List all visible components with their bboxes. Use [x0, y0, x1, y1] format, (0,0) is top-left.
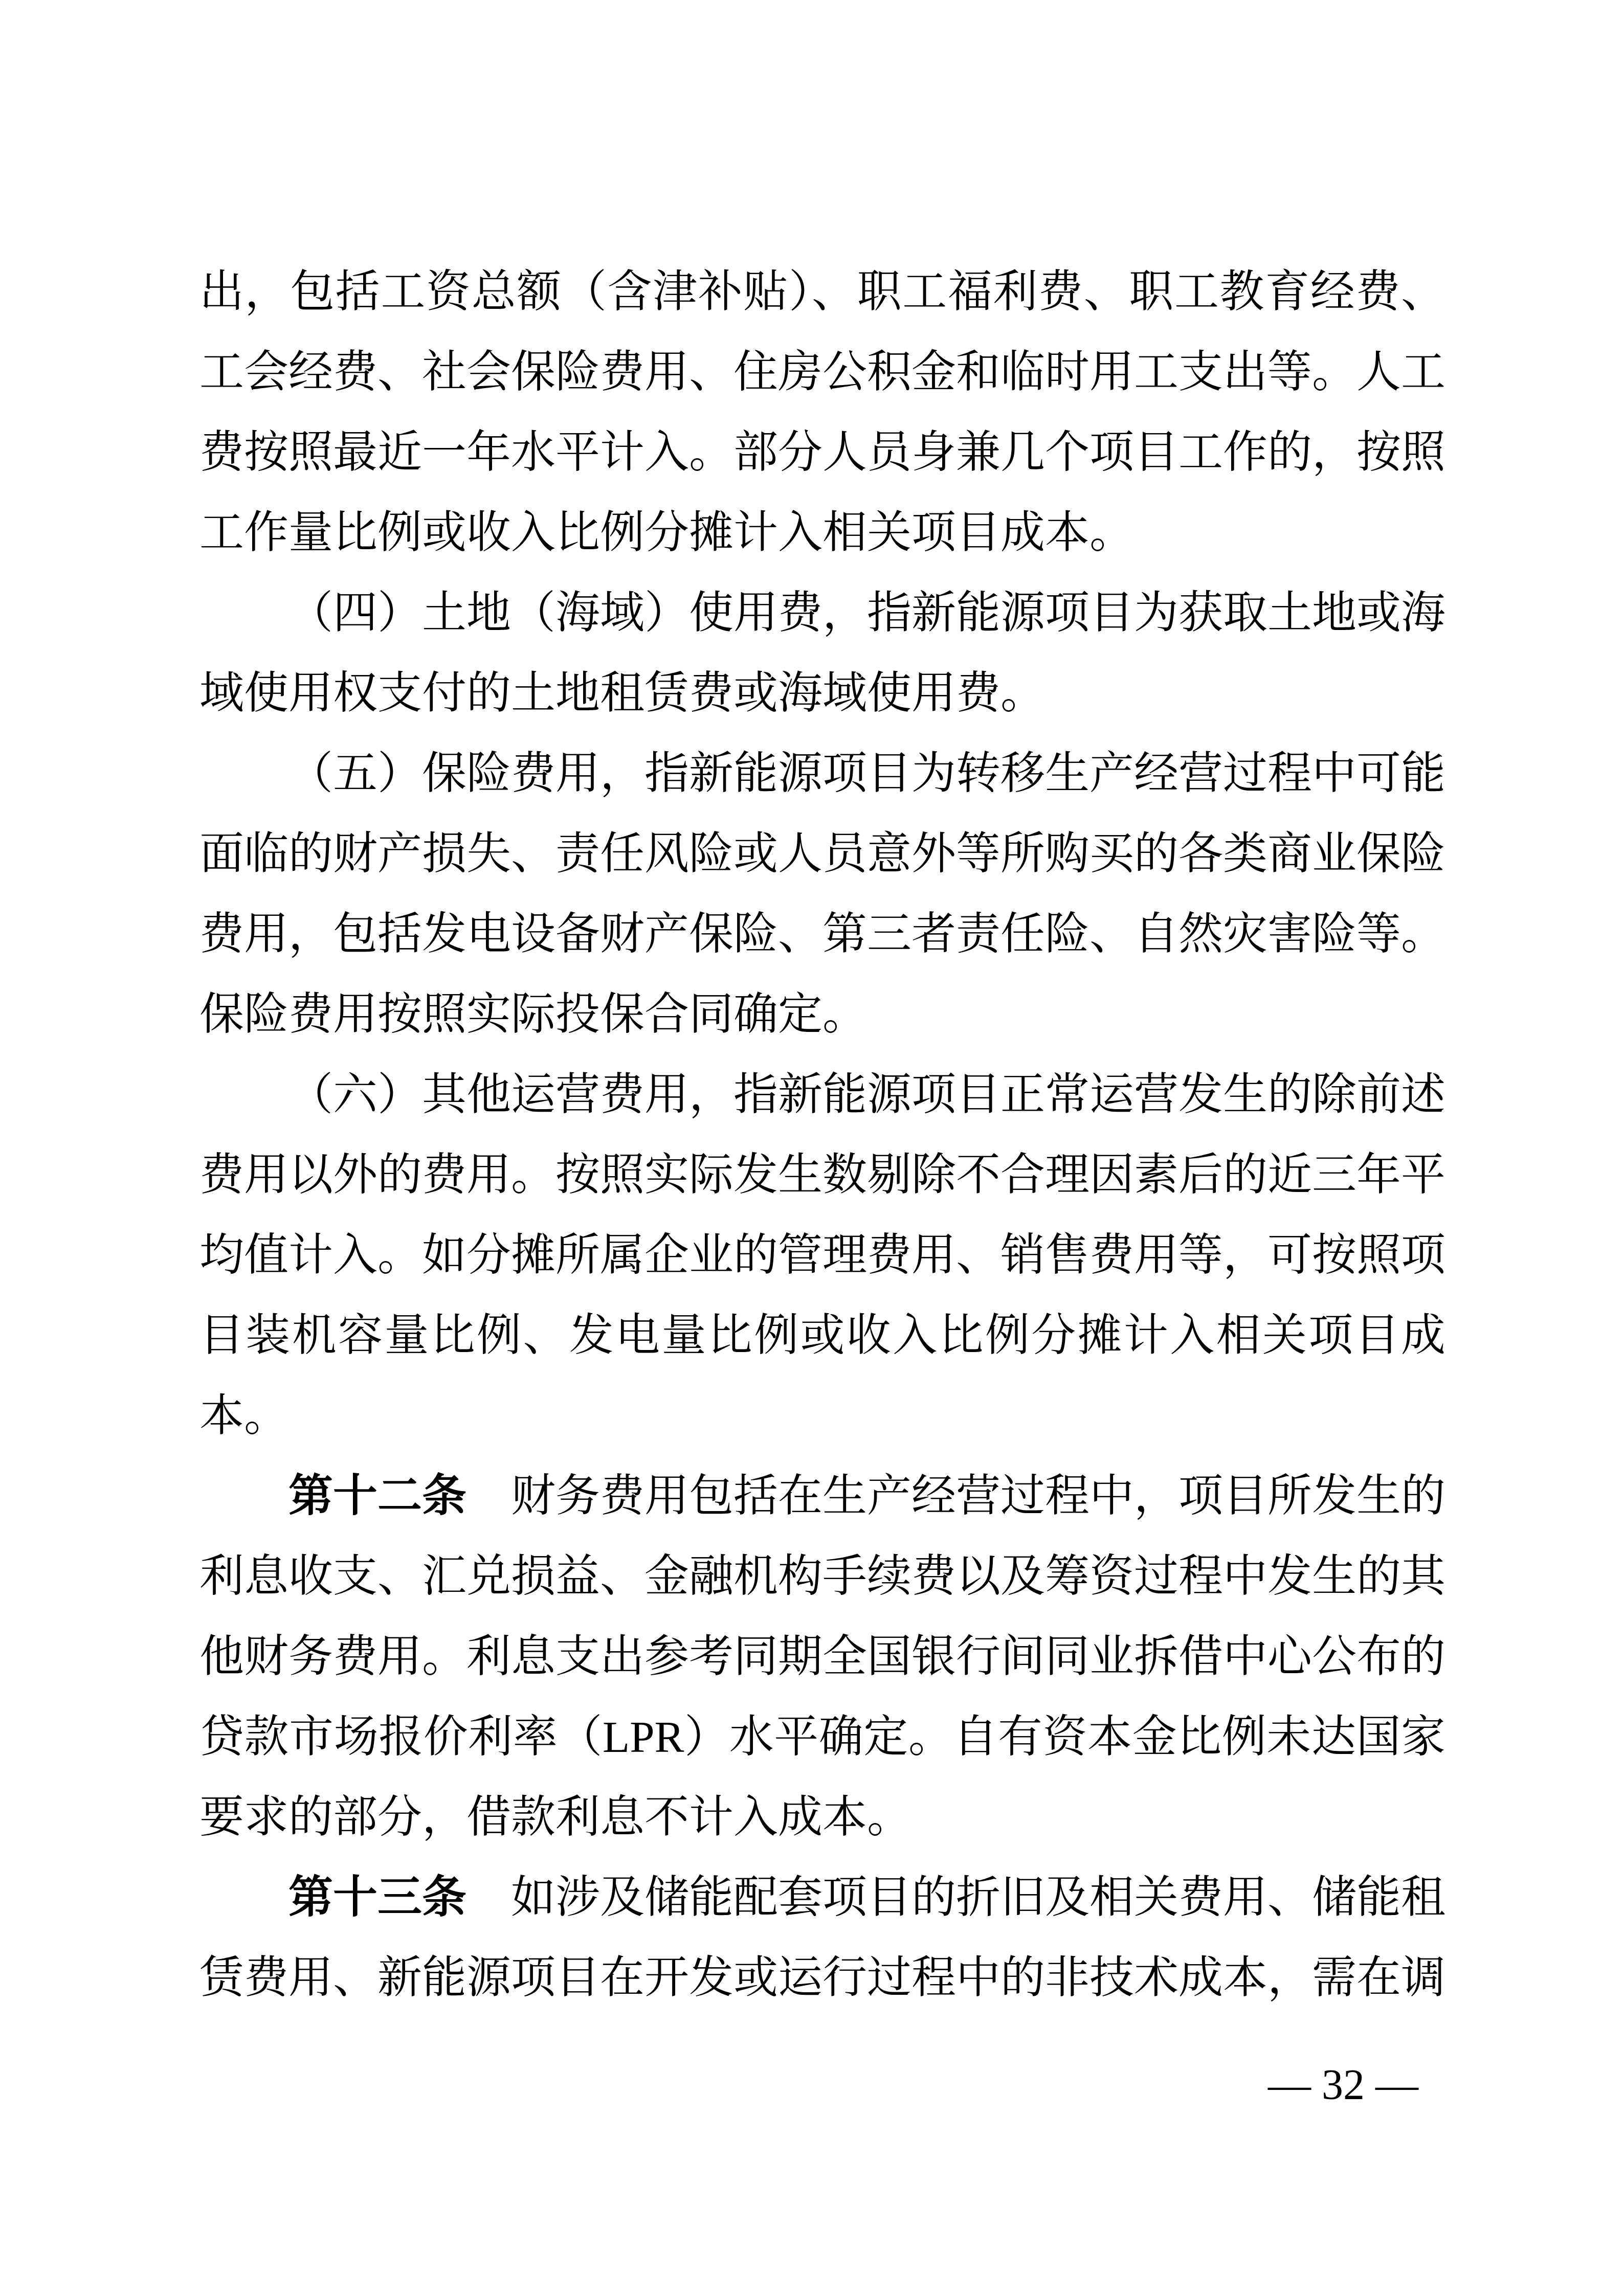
article-heading: 第十二条 — [288, 1471, 466, 1521]
text-line: 本。 — [199, 1376, 1445, 1456]
text-run: 贷款市场报价利率（LPR）水平确定。自有资本金比例未达国家 — [199, 1712, 1445, 1762]
document-page: 出，包括工资总额（含津补贴）、职工福利费、职工教育经费、工会经费、社会保险费用、… — [0, 0, 1624, 2296]
text-run: （六）其他运营费用，指新能源项目正常运营发生的除前述 — [288, 1070, 1445, 1119]
text-run: 利息收支、汇兑损益、金融机构手续费以及筹资过程中发生的其 — [199, 1551, 1445, 1601]
text-run: 财务费用包括在生产经营过程中，项目所发生的 — [466, 1471, 1445, 1521]
text-line: 均值计入。如分摊所属企业的管理费用、销售费用等，可按照项 — [199, 1215, 1445, 1295]
text-line: 面临的财产损失、责任风险或人员意外等所购买的各类商业保险 — [199, 814, 1445, 894]
text-line: 赁费用、新能源项目在开发或运行过程中的非技术成本，需在调 — [199, 1938, 1445, 2018]
text-line: （四）土地（海域）使用费，指新能源项目为获取土地或海 — [199, 573, 1445, 653]
text-line: 利息收支、汇兑损益、金融机构手续费以及筹资过程中发生的其 — [199, 1536, 1445, 1616]
text-line: 费用以外的费用。按照实际发生数剔除不合理因素后的近三年平 — [199, 1135, 1445, 1215]
page-number: — 32 — — [1268, 2060, 1418, 2111]
document-body: 出，包括工资总额（含津补贴）、职工福利费、职工教育经费、工会经费、社会保险费用、… — [199, 252, 1445, 2018]
text-line: 保险费用按照实际投保合同确定。 — [199, 974, 1445, 1054]
text-run: 工会经费、社会保险费用、住房公积金和临时用工支出等。人工 — [199, 347, 1445, 397]
text-run: 本。 — [199, 1391, 288, 1440]
text-line: 要求的部分，借款利息不计入成本。 — [199, 1777, 1445, 1857]
text-line: （六）其他运营费用，指新能源项目正常运营发生的除前述 — [199, 1054, 1445, 1135]
text-line: 第十三条 如涉及储能配套项目的折旧及相关费用、储能租 — [199, 1857, 1445, 1938]
text-run: （五）保险费用，指新能源项目为转移生产经营过程中可能 — [288, 749, 1445, 798]
text-run: 费用以外的费用。按照实际发生数剔除不合理因素后的近三年平 — [199, 1150, 1445, 1200]
article-heading: 第十三条 — [288, 1873, 466, 1922]
paragraph: （四）土地（海域）使用费，指新能源项目为获取土地或海域使用权支付的土地租赁费或海… — [199, 573, 1445, 733]
text-line: 费按照最近一年水平计入。部分人员身兼几个项目工作的，按照 — [199, 412, 1445, 492]
text-line: 费用，包括发电设备财产保险、第三者责任险、自然灾害险等。 — [199, 894, 1445, 974]
text-run: 他财务费用。利息支出参考同期全国银行间同业拆借中心公布的 — [199, 1632, 1445, 1681]
paragraph: 出，包括工资总额（含津补贴）、职工福利费、职工教育经费、工会经费、社会保险费用、… — [199, 252, 1445, 573]
paragraph: 第十三条 如涉及储能配套项目的折旧及相关费用、储能租赁费用、新能源项目在开发或运… — [199, 1857, 1445, 2018]
text-line: 域使用权支付的土地租赁费或海域使用费。 — [199, 653, 1445, 733]
text-run: 费按照最近一年水平计入。部分人员身兼几个项目工作的，按照 — [199, 427, 1445, 477]
text-line: （五）保险费用，指新能源项目为转移生产经营过程中可能 — [199, 733, 1445, 814]
text-run: 费用，包括发电设备财产保险、第三者责任险、自然灾害险等。 — [199, 909, 1445, 959]
text-run: 工作量比例或收入比例分摊计入相关项目成本。 — [199, 508, 1134, 557]
text-run: 如涉及储能配套项目的折旧及相关费用、储能租 — [466, 1873, 1445, 1922]
text-line: 他财务费用。利息支出参考同期全国银行间同业拆借中心公布的 — [199, 1616, 1445, 1697]
text-line: 第十二条 财务费用包括在生产经营过程中，项目所发生的 — [199, 1456, 1445, 1536]
text-run: 保险费用按照实际投保合同确定。 — [199, 989, 867, 1039]
text-line: 工会经费、社会保险费用、住房公积金和临时用工支出等。人工 — [199, 332, 1445, 412]
text-line: 出，包括工资总额（含津补贴）、职工福利费、职工教育经费、 — [199, 252, 1445, 332]
text-run: 赁费用、新能源项目在开发或运行过程中的非技术成本，需在调 — [199, 1953, 1445, 2002]
text-run: （四）土地（海域）使用费，指新能源项目为获取土地或海 — [288, 588, 1445, 638]
text-run: 域使用权支付的土地租赁费或海域使用费。 — [199, 668, 1045, 718]
text-line: 目装机容量比例、发电量比例或收入比例分摊计入相关项目成 — [199, 1295, 1445, 1376]
text-run: 目装机容量比例、发电量比例或收入比例分摊计入相关项目成 — [199, 1311, 1445, 1360]
text-run: 均值计入。如分摊所属企业的管理费用、销售费用等，可按照项 — [199, 1230, 1445, 1280]
paragraph: 第十二条 财务费用包括在生产经营过程中，项目所发生的利息收支、汇兑损益、金融机构… — [199, 1456, 1445, 1857]
paragraph: （六）其他运营费用，指新能源项目正常运营发生的除前述费用以外的费用。按照实际发生… — [199, 1054, 1445, 1456]
text-run: 要求的部分，借款利息不计入成本。 — [199, 1792, 911, 1842]
text-run: 面临的财产损失、责任风险或人员意外等所购买的各类商业保险 — [199, 829, 1445, 879]
paragraph: （五）保险费用，指新能源项目为转移生产经营过程中可能面临的财产损失、责任风险或人… — [199, 733, 1445, 1054]
text-line: 工作量比例或收入比例分摊计入相关项目成本。 — [199, 492, 1445, 573]
text-line: 贷款市场报价利率（LPR）水平确定。自有资本金比例未达国家 — [199, 1697, 1445, 1777]
text-run: 出，包括工资总额（含津补贴）、职工福利费、职工教育经费、 — [199, 267, 1445, 317]
